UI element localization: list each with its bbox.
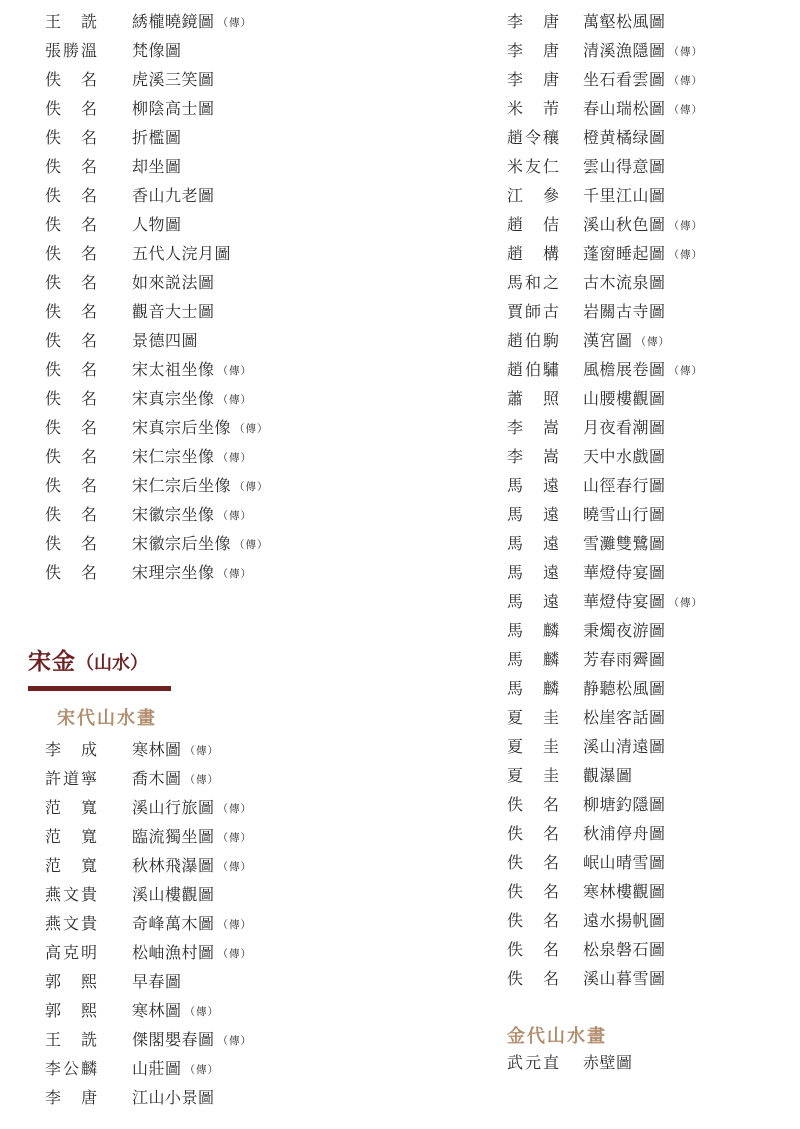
artist-name: 佚名 [507, 820, 559, 849]
painting-row: 趙佶溪山秋色圖（傳） [507, 211, 703, 240]
artist-name: 佚名 [45, 269, 97, 298]
painting-title: 天中水戲圖 [583, 449, 666, 466]
painting-title: 江山小景圖 [132, 1090, 215, 1107]
painting-row: 佚名柳陰高士圖 [45, 95, 269, 124]
attribution-mark: （傳） [185, 746, 220, 757]
artist-name: 佚名 [45, 95, 97, 124]
painting-row: 夏圭松崖客話圖 [507, 704, 703, 733]
attribution-mark: （傳） [218, 920, 253, 931]
painting-title: 宋徽宗后坐像 [132, 536, 231, 553]
artist-name: 許道寧 [45, 765, 97, 794]
attribution-mark: （傳） [218, 833, 253, 844]
artist-name: 王詵 [45, 8, 97, 37]
painting-row: 米芾春山瑞松圖（傳） [507, 95, 703, 124]
painting-row: 佚名如來説法圖 [45, 269, 269, 298]
painting-title: 漢宮圖 [583, 333, 633, 350]
painting-row: 李成寒林圖（傳） [45, 736, 252, 765]
artist-name: 范寬 [45, 794, 97, 823]
artist-name: 馬遠 [507, 588, 559, 617]
artist-name: 佚名 [45, 211, 97, 240]
painting-row: 燕文貴溪山樓觀圖 [45, 881, 252, 910]
painting-title: 芳春雨霽圖 [583, 652, 666, 669]
painting-title: 如來説法圖 [132, 275, 215, 292]
painting-row: 佚名宋真宗后坐像（傳） [45, 414, 269, 443]
artist-name: 佚名 [45, 501, 97, 530]
artist-name: 李嵩 [507, 443, 559, 472]
attribution-mark: （傳） [218, 18, 253, 29]
painting-title: 宋徽宗坐像 [132, 507, 215, 524]
attribution-mark: （傳） [218, 453, 253, 464]
artist-name: 賈師古 [507, 298, 559, 327]
artist-name: 李成 [45, 736, 97, 765]
painting-title: 折檻圖 [132, 130, 182, 147]
artist-name: 范寬 [45, 852, 97, 881]
heading-underline-bar [28, 686, 171, 691]
painting-title: 橙黄橘绿圖 [583, 130, 666, 147]
attribution-mark: （傳） [669, 76, 704, 87]
painting-row: 許道寧喬木圖（傳） [45, 765, 252, 794]
jin-landscape-subheading: 金代山水畫 [507, 1022, 607, 1048]
artist-name: 馬麟 [507, 617, 559, 646]
artist-name: 佚名 [45, 298, 97, 327]
painting-title: 曉雪山行圖 [583, 507, 666, 524]
painting-row: 佚名宋理宗坐像（傳） [45, 559, 269, 588]
painting-title: 千里江山圖 [583, 188, 666, 205]
painting-row: 佚名觀音大士圖 [45, 298, 269, 327]
artist-name: 夏圭 [507, 733, 559, 762]
artist-name: 佚名 [507, 907, 559, 936]
artist-name: 趙伯驌 [507, 356, 559, 385]
book-page: 王詵綉櫳曉鏡圖（傳）張勝溫梵像圖佚名虎溪三笑圖佚名柳陰高士圖佚名折檻圖佚名却坐圖… [0, 0, 800, 1129]
painting-row: 馬遠雪灘雙鷺圖 [507, 530, 703, 559]
painting-row: 趙伯驌風檐展卷圖（傳） [507, 356, 703, 385]
painting-title: 五代人浣月圖 [132, 246, 231, 263]
artist-name: 李唐 [507, 37, 559, 66]
painting-title: 臨流獨坐圖 [132, 829, 215, 846]
painting-row: 米友仁雲山得意圖 [507, 153, 703, 182]
painting-row: 佚名宋真宗坐像（傳） [45, 385, 269, 414]
painting-row: 佚名却坐圖 [45, 153, 269, 182]
painting-title: 喬木圖 [132, 771, 182, 788]
attribution-mark: （傳） [669, 221, 704, 232]
painting-row: 李嵩天中水戲圖 [507, 443, 703, 472]
painting-title: 春山瑞松圖 [583, 101, 666, 118]
painting-title: 溪山樓觀圖 [132, 887, 215, 904]
attribution-mark: （傳） [218, 366, 253, 377]
artist-name: 范寬 [45, 823, 97, 852]
painting-title: 溪山秋色圖 [583, 217, 666, 234]
painting-title: 傑閣嬰春圖 [132, 1032, 215, 1049]
painting-title: 柳塘釣隱圖 [583, 797, 666, 814]
artist-name: 夏圭 [507, 762, 559, 791]
painting-title: 人物圖 [132, 217, 182, 234]
artist-name: 佚名 [45, 443, 97, 472]
artist-name: 馬和之 [507, 269, 559, 298]
painting-title: 奇峰萬木圖 [132, 916, 215, 933]
painting-title: 宋太祖坐像 [132, 362, 215, 379]
painting-row: 佚名宋徽宗后坐像（傳） [45, 530, 269, 559]
attribution-mark: （傳） [669, 105, 704, 116]
painting-row: 賈師古岩關古寺圖 [507, 298, 703, 327]
painting-row: 李唐江山小景圖 [45, 1084, 252, 1113]
attribution-mark: （傳） [218, 1036, 253, 1047]
painting-title: 坐石看雲圖 [583, 72, 666, 89]
artist-name: 佚名 [45, 356, 97, 385]
artist-name: 李唐 [507, 66, 559, 95]
painting-title: 觀瀑圖 [583, 768, 633, 785]
artist-name: 佚名 [45, 124, 97, 153]
painting-title: 遠水揚帆圖 [583, 913, 666, 930]
painting-row: 佚名宋仁宗坐像（傳） [45, 443, 269, 472]
artist-name: 佚名 [45, 530, 97, 559]
artist-name: 郭熙 [45, 997, 97, 1026]
painting-row: 李唐萬壑松風圖 [507, 8, 703, 37]
painting-row: 佚名寒林樓觀圖 [507, 878, 703, 907]
painting-title: 宋真宗坐像 [132, 391, 215, 408]
painting-row: 李唐坐石看雲圖（傳） [507, 66, 703, 95]
song-landscape-list-left: 李成寒林圖（傳）許道寧喬木圖（傳）范寬溪山行旅圖（傳）范寬臨流獨坐圖（傳）范寬秋… [45, 736, 252, 1113]
jin-landscape-list: 武元直赤壁圖 [507, 1049, 633, 1078]
painting-row: 李公麟山莊圖（傳） [45, 1055, 252, 1084]
painting-title: 松崖客話圖 [583, 710, 666, 727]
painting-row: 范寬溪山行旅圖（傳） [45, 794, 252, 823]
painting-row: 高克明松岫漁村圖（傳） [45, 939, 252, 968]
attribution-mark: （傳） [218, 949, 253, 960]
attribution-mark: （傳） [234, 540, 269, 551]
painting-title: 秋浦停舟圖 [583, 826, 666, 843]
painting-title: 早春圖 [132, 974, 182, 991]
painting-title: 梵像圖 [132, 43, 182, 60]
artist-name: 佚名 [507, 936, 559, 965]
artist-name: 佚名 [507, 791, 559, 820]
attribution-mark: （傳） [669, 366, 704, 377]
artist-name: 佚名 [45, 153, 97, 182]
painting-title: 寒林樓觀圖 [583, 884, 666, 901]
artist-name: 馬麟 [507, 675, 559, 704]
artist-name: 張勝溫 [45, 37, 97, 66]
attribution-mark: （傳） [185, 775, 220, 786]
painting-row: 江參千里江山圖 [507, 182, 703, 211]
artist-name: 燕文貴 [45, 881, 97, 910]
painting-row: 趙構蓬窗睡起圖（傳） [507, 240, 703, 269]
painting-row: 李嵩月夜看潮圖 [507, 414, 703, 443]
artist-name: 李嵩 [507, 414, 559, 443]
section-title-qualifier: （山水） [76, 653, 148, 673]
attribution-mark: （傳） [218, 804, 253, 815]
painting-title: 景德四圖 [132, 333, 198, 350]
painting-row: 馬遠華燈侍宴圖 [507, 559, 703, 588]
painting-title: 秉燭夜游圖 [583, 623, 666, 640]
artist-name: 佚名 [45, 472, 97, 501]
painting-row: 佚名宋仁宗后坐像（傳） [45, 472, 269, 501]
artist-name: 佚名 [45, 385, 97, 414]
painting-title: 古木流泉圖 [583, 275, 666, 292]
painting-row: 李唐清溪漁隱圖（傳） [507, 37, 703, 66]
artist-name: 李唐 [507, 8, 559, 37]
painting-row: 佚名景德四圖 [45, 327, 269, 356]
painting-title: 岷山晴雪圖 [583, 855, 666, 872]
painting-title: 宋仁宗坐像 [132, 449, 215, 466]
artist-name: 江參 [507, 182, 559, 211]
painting-row: 王詵綉櫳曉鏡圖（傳） [45, 8, 269, 37]
painting-row: 趙令穰橙黄橘绿圖 [507, 124, 703, 153]
artist-name: 馬遠 [507, 472, 559, 501]
attribution-mark: （傳） [234, 482, 269, 493]
painting-row: 馬遠曉雪山行圖 [507, 501, 703, 530]
artist-name: 燕文貴 [45, 910, 97, 939]
artist-name: 佚名 [45, 182, 97, 211]
painting-row: 佚名香山九老圖 [45, 182, 269, 211]
figure-paintings-list-continued: 王詵綉櫳曉鏡圖（傳）張勝溫梵像圖佚名虎溪三笑圖佚名柳陰高士圖佚名折檻圖佚名却坐圖… [45, 8, 269, 588]
painting-title: 秋林飛瀑圖 [132, 858, 215, 875]
painting-row: 馬麟芳春雨霽圖 [507, 646, 703, 675]
painting-title: 宋仁宗后坐像 [132, 478, 231, 495]
painting-row: 郭熙寒林圖（傳） [45, 997, 252, 1026]
painting-row: 佚名折檻圖 [45, 124, 269, 153]
attribution-mark: （傳） [669, 250, 704, 261]
attribution-mark: （傳） [669, 598, 704, 609]
painting-title: 松泉磐石圖 [583, 942, 666, 959]
painting-row: 王詵傑閣嬰春圖（傳） [45, 1026, 252, 1055]
artist-name: 佚名 [507, 849, 559, 878]
painting-title: 雪灘雙鷺圖 [583, 536, 666, 553]
song-landscape-list-right: 李唐萬壑松風圖李唐清溪漁隱圖（傳）李唐坐石看雲圖（傳）米芾春山瑞松圖（傳）趙令穰… [507, 8, 703, 994]
section-heading-text: 宋金（山水） [28, 646, 171, 681]
artist-name: 夏圭 [507, 704, 559, 733]
painting-row: 燕文貴奇峰萬木圖（傳） [45, 910, 252, 939]
artist-name: 米芾 [507, 95, 559, 124]
attribution-mark: （傳） [218, 862, 253, 873]
painting-title: 觀音大士圖 [132, 304, 215, 321]
artist-name: 趙令穰 [507, 124, 559, 153]
painting-row: 佚名秋浦停舟圖 [507, 820, 703, 849]
painting-row: 佚名溪山暮雪圖 [507, 965, 703, 994]
painting-row: 范寬臨流獨坐圖（傳） [45, 823, 252, 852]
painting-title: 溪山暮雪圖 [583, 971, 666, 988]
painting-title: 松岫漁村圖 [132, 945, 215, 962]
painting-title: 雲山得意圖 [583, 159, 666, 176]
painting-row: 佚名柳塘釣隱圖 [507, 791, 703, 820]
artist-name: 馬遠 [507, 501, 559, 530]
artist-name: 蕭照 [507, 385, 559, 414]
section-title: 宋金 [28, 649, 76, 674]
artist-name: 佚名 [45, 327, 97, 356]
attribution-mark: （傳） [636, 337, 671, 348]
painting-title: 溪山清遠圖 [583, 739, 666, 756]
painting-title: 清溪漁隱圖 [583, 43, 666, 60]
section-heading-songjin-landscape: 宋金（山水） [28, 646, 171, 691]
painting-title: 赤壁圖 [583, 1055, 633, 1072]
painting-title: 綉櫳曉鏡圖 [132, 14, 215, 31]
painting-row: 蕭照山腰樓觀圖 [507, 385, 703, 414]
painting-row: 佚名宋徽宗坐像（傳） [45, 501, 269, 530]
artist-name: 馬麟 [507, 646, 559, 675]
artist-name: 佚名 [507, 965, 559, 994]
painting-title: 寒林圖 [132, 1003, 182, 1020]
painting-row: 夏圭觀瀑圖 [507, 762, 703, 791]
artist-name: 馬遠 [507, 530, 559, 559]
artist-name: 李唐 [45, 1084, 97, 1113]
artist-name: 李公麟 [45, 1055, 97, 1084]
attribution-mark: （傳） [185, 1007, 220, 1018]
painting-title: 山腰樓觀圖 [583, 391, 666, 408]
painting-row: 夏圭溪山清遠圖 [507, 733, 703, 762]
painting-row: 馬麟秉燭夜游圖 [507, 617, 703, 646]
painting-title: 岩關古寺圖 [583, 304, 666, 321]
painting-title: 香山九老圖 [132, 188, 215, 205]
painting-title: 華燈侍宴圖 [583, 565, 666, 582]
painting-title: 宋真宗后坐像 [132, 420, 231, 437]
attribution-mark: （傳） [669, 47, 704, 58]
painting-row: 佚名岷山晴雪圖 [507, 849, 703, 878]
artist-name: 趙構 [507, 240, 559, 269]
artist-name: 高克明 [45, 939, 97, 968]
painting-title: 却坐圖 [132, 159, 182, 176]
artist-name: 馬遠 [507, 559, 559, 588]
painting-title: 虎溪三笑圖 [132, 72, 215, 89]
painting-title: 山莊圖 [132, 1061, 182, 1078]
attribution-mark: （傳） [218, 569, 253, 580]
painting-row: 馬遠華燈侍宴圖（傳） [507, 588, 703, 617]
artist-name: 佚名 [45, 414, 97, 443]
painting-title: 華燈侍宴圖 [583, 594, 666, 611]
painting-row: 佚名宋太祖坐像（傳） [45, 356, 269, 385]
attribution-mark: （傳） [234, 424, 269, 435]
painting-row: 佚名松泉磐石圖 [507, 936, 703, 965]
attribution-mark: （傳） [185, 1065, 220, 1076]
painting-title: 萬壑松風圖 [583, 14, 666, 31]
painting-row: 馬遠山徑春行圖 [507, 472, 703, 501]
artist-name: 佚名 [45, 240, 97, 269]
painting-row: 張勝溫梵像圖 [45, 37, 269, 66]
artist-name: 佚名 [45, 559, 97, 588]
painting-title: 風檐展卷圖 [583, 362, 666, 379]
painting-title: 月夜看潮圖 [583, 420, 666, 437]
painting-row: 郭熙早春圖 [45, 968, 252, 997]
painting-row: 馬麟静聽松風圖 [507, 675, 703, 704]
painting-row: 佚名人物圖 [45, 211, 269, 240]
artist-name: 佚名 [507, 878, 559, 907]
artist-name: 趙佶 [507, 211, 559, 240]
painting-row: 佚名五代人浣月圖 [45, 240, 269, 269]
artist-name: 米友仁 [507, 153, 559, 182]
painting-title: 蓬窗睡起圖 [583, 246, 666, 263]
artist-name: 趙伯駒 [507, 327, 559, 356]
artist-name: 武元直 [507, 1049, 559, 1078]
painting-row: 馬和之古木流泉圖 [507, 269, 703, 298]
artist-name: 佚名 [45, 66, 97, 95]
painting-row: 趙伯駒漢宮圖（傳） [507, 327, 703, 356]
painting-row: 武元直赤壁圖 [507, 1049, 633, 1078]
artist-name: 王詵 [45, 1026, 97, 1055]
painting-title: 静聽松風圖 [583, 681, 666, 698]
painting-row: 佚名虎溪三笑圖 [45, 66, 269, 95]
attribution-mark: （傳） [218, 511, 253, 522]
artist-name: 郭熙 [45, 968, 97, 997]
painting-title: 宋理宗坐像 [132, 565, 215, 582]
painting-row: 范寬秋林飛瀑圖（傳） [45, 852, 252, 881]
painting-title: 柳陰高士圖 [132, 101, 215, 118]
song-landscape-subheading: 宋代山水畫 [57, 704, 157, 730]
painting-title: 溪山行旅圖 [132, 800, 215, 817]
attribution-mark: （傳） [218, 395, 253, 406]
painting-title: 山徑春行圖 [583, 478, 666, 495]
painting-row: 佚名遠水揚帆圖 [507, 907, 703, 936]
painting-title: 寒林圖 [132, 742, 182, 759]
